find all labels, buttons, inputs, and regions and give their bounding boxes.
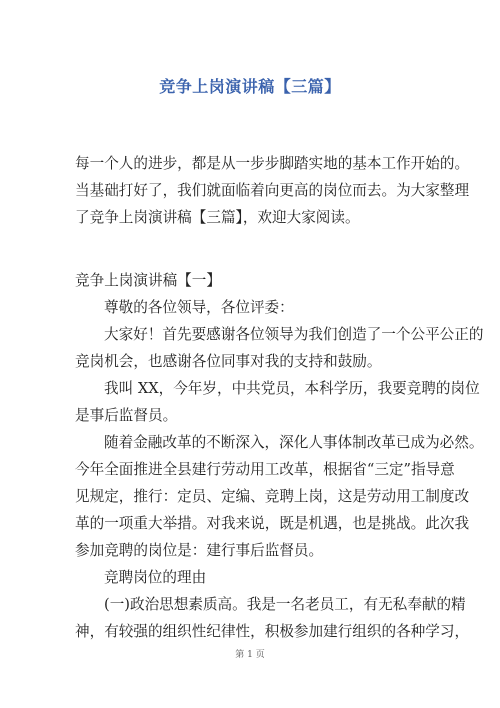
intro-paragraph: 每一个人的进步，都是从一步步脚踏实地的基本工作开始的。 当基础打好了，我们就面临… [75, 150, 435, 231]
speech-body: 竞争上岗演讲稿【一】 尊敬的各位领导，各位评委： 大家好！首先要感谢各位领导为我… [75, 267, 435, 645]
body-line: 今年全面推进全县建行劳动用工改革，根据省“三定”指导意 [75, 456, 435, 483]
intro-line: 了竞争上岗演讲稿【三篇】，欢迎大家阅读。 [75, 204, 435, 231]
body-line: 革的一项重大举措。对我来说，既是机遇，也是挑战。此次我 [75, 510, 435, 537]
document-page: 竞争上岗演讲稿【三篇】 每一个人的进步，都是从一步步脚踏实地的基本工作开始的。 … [0, 0, 500, 708]
intro-line: 当基础打好了，我们就面临着向更高的岗位而去。为大家整理 [75, 177, 435, 204]
body-line: 参加竞聘的岗位是：建行事后监督员。 [75, 537, 435, 564]
body-line: 是事后监督员。 [75, 402, 435, 429]
body-line: 随着金融改革的不断深入，深化人事体制改革已成为必然。 [75, 429, 435, 456]
body-line: 神，有较强的组织性纪律性，积极参加建行组织的各种学习， [75, 618, 435, 645]
page-number: 第 1 页 [0, 647, 500, 660]
body-line: 竞岗机会，也感谢各位同事对我的支持和鼓励。 [75, 348, 435, 375]
document-title: 竞争上岗演讲稿【三篇】 [0, 74, 500, 97]
section-heading: 竞争上岗演讲稿【一】 [75, 267, 435, 294]
salutation: 尊敬的各位领导，各位评委： [75, 294, 435, 321]
body-line: 大家好！首先要感谢各位领导为我们创造了一个公平公正的 [75, 321, 435, 348]
body-line: (一)政治思想素质高。我是一名老员工，有无私奉献的精 [75, 591, 435, 618]
subsection-heading: 竞聘岗位的理由 [75, 564, 435, 591]
intro-line: 每一个人的进步，都是从一步步脚踏实地的基本工作开始的。 [75, 150, 435, 177]
body-line: 见规定，推行：定员、定编、竞聘上岗，这是劳动用工制度改 [75, 483, 435, 510]
body-line: 我叫 XX，今年岁，中共党员，本科学历，我要竞聘的岗位 [75, 375, 435, 402]
